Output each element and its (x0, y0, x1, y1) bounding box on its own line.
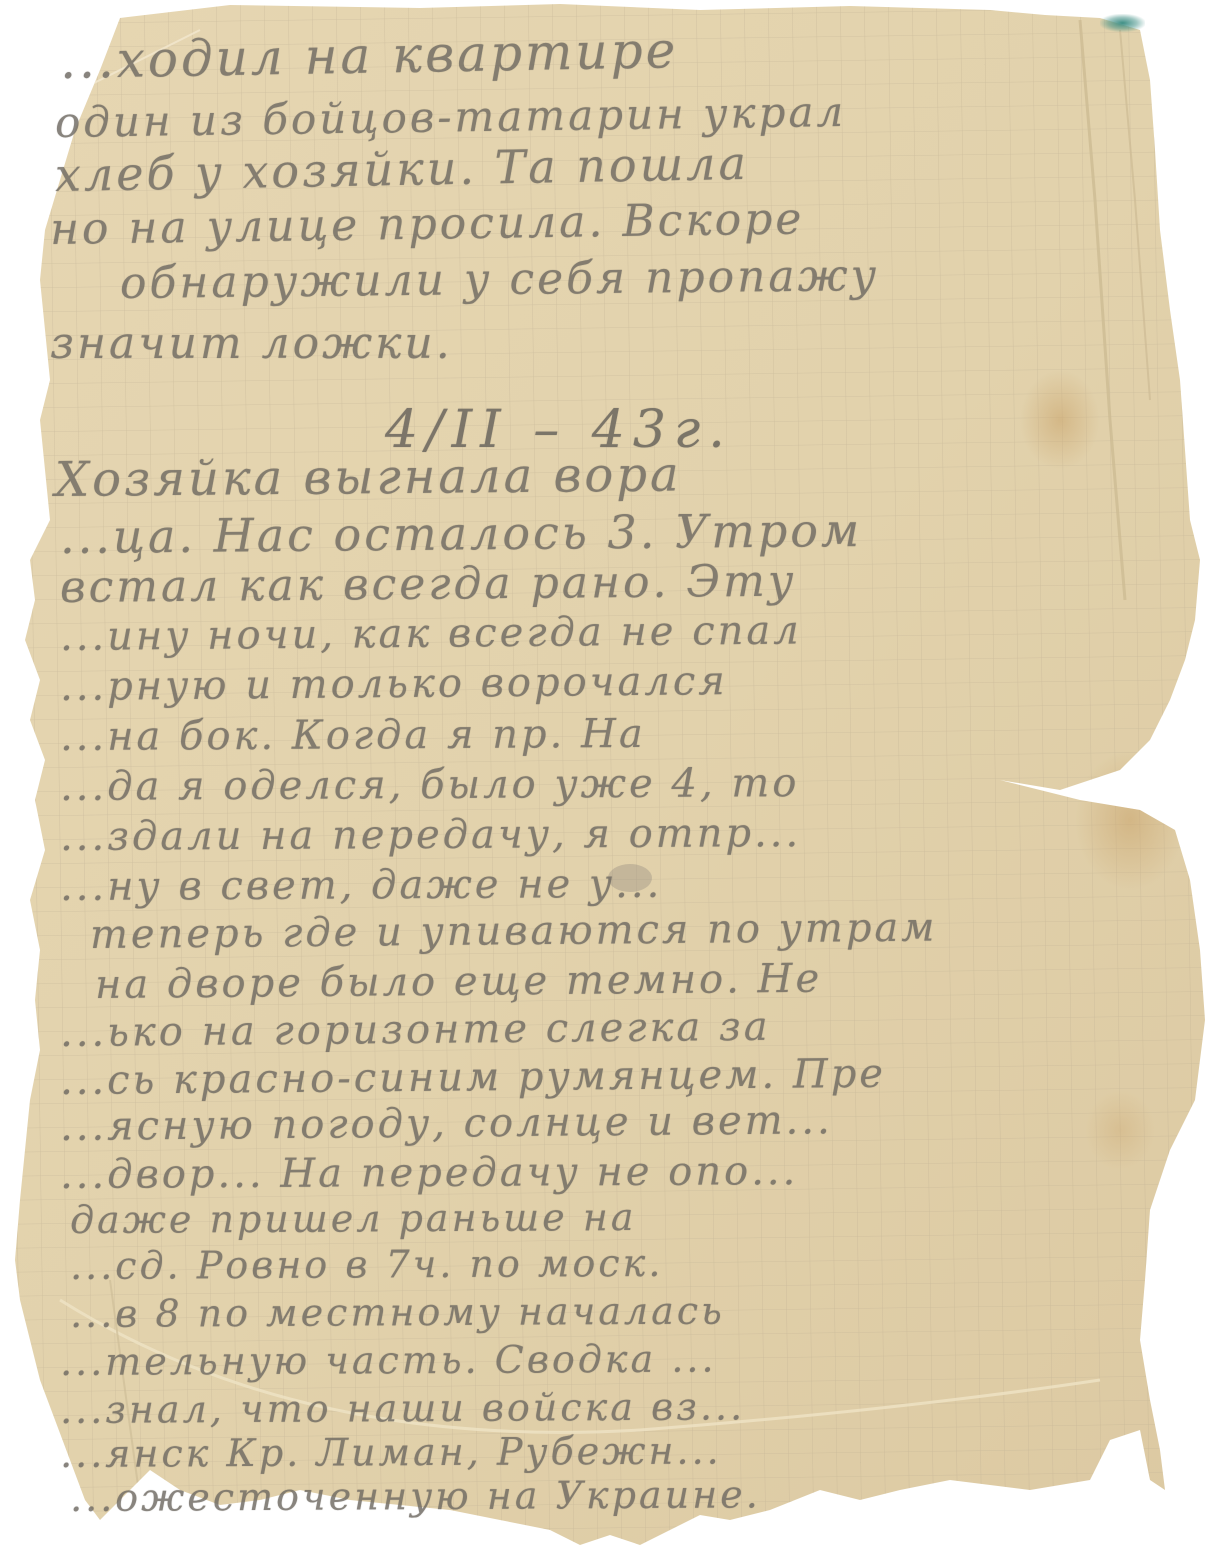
text-line: даже пришел раньше на (70, 1195, 637, 1242)
text-line: ...ну в свет, даже не у... (60, 861, 662, 910)
text-line: ...ину ночи, как всегда не спал (60, 608, 802, 660)
text-line: хлеб у хозяйки. Та пошла (55, 136, 750, 202)
text-line: ...знал, что наши войска вз... (60, 1384, 745, 1432)
text-line: обнаружили у себя пропажу (120, 250, 880, 309)
text-line: но на улице просила. Вскоре (50, 193, 805, 255)
handwritten-text: ...ходил на квартире один из бойцов-тата… (0, 0, 1225, 1555)
text-line: ...ходил на квартире (59, 21, 678, 90)
text-line: встал как всегда рано. Эту (60, 556, 797, 613)
text-line: Хозяйка выгнала вора (55, 447, 682, 508)
text-line: ...ько на горизонте слегка за (60, 1004, 771, 1056)
text-line: ...тельную часть. Сводка ... (60, 1337, 717, 1384)
text-line: значит ложки. (50, 318, 453, 369)
text-line: ...рную и только ворочался (60, 658, 728, 710)
text-line: теперь где и упиваются по утрам (90, 905, 938, 958)
text-line: ...ясную погоду, солнце и вет... (60, 1097, 833, 1150)
document-page: ...ходил на квартире один из бойцов-тата… (0, 0, 1225, 1555)
text-line: ...в 8 по местному началась (70, 1289, 725, 1336)
text-line: ...здали на передачу, я отпр... (60, 810, 801, 860)
text-line: ...сд. Ровно в 7ч. по моск. (70, 1241, 664, 1288)
text-line: ...на бок. Когда я пр. На (60, 711, 646, 760)
text-line: ...ожесточенную на Украине. (70, 1472, 761, 1520)
text-line: ...да я оделся, было уже 4, то (60, 760, 800, 810)
text-line: ...двор... На передачу не опо... (60, 1148, 799, 1198)
text-line: ...ца. Нас осталось 3. Утром (60, 503, 863, 564)
text-line: ...янск Кр. Лиман, Рубежн... (60, 1429, 722, 1476)
text-line: на дворе было еще темно. Не (95, 956, 823, 1008)
text-line: ...сь красно-синим румянцем. Пре (60, 1051, 886, 1104)
